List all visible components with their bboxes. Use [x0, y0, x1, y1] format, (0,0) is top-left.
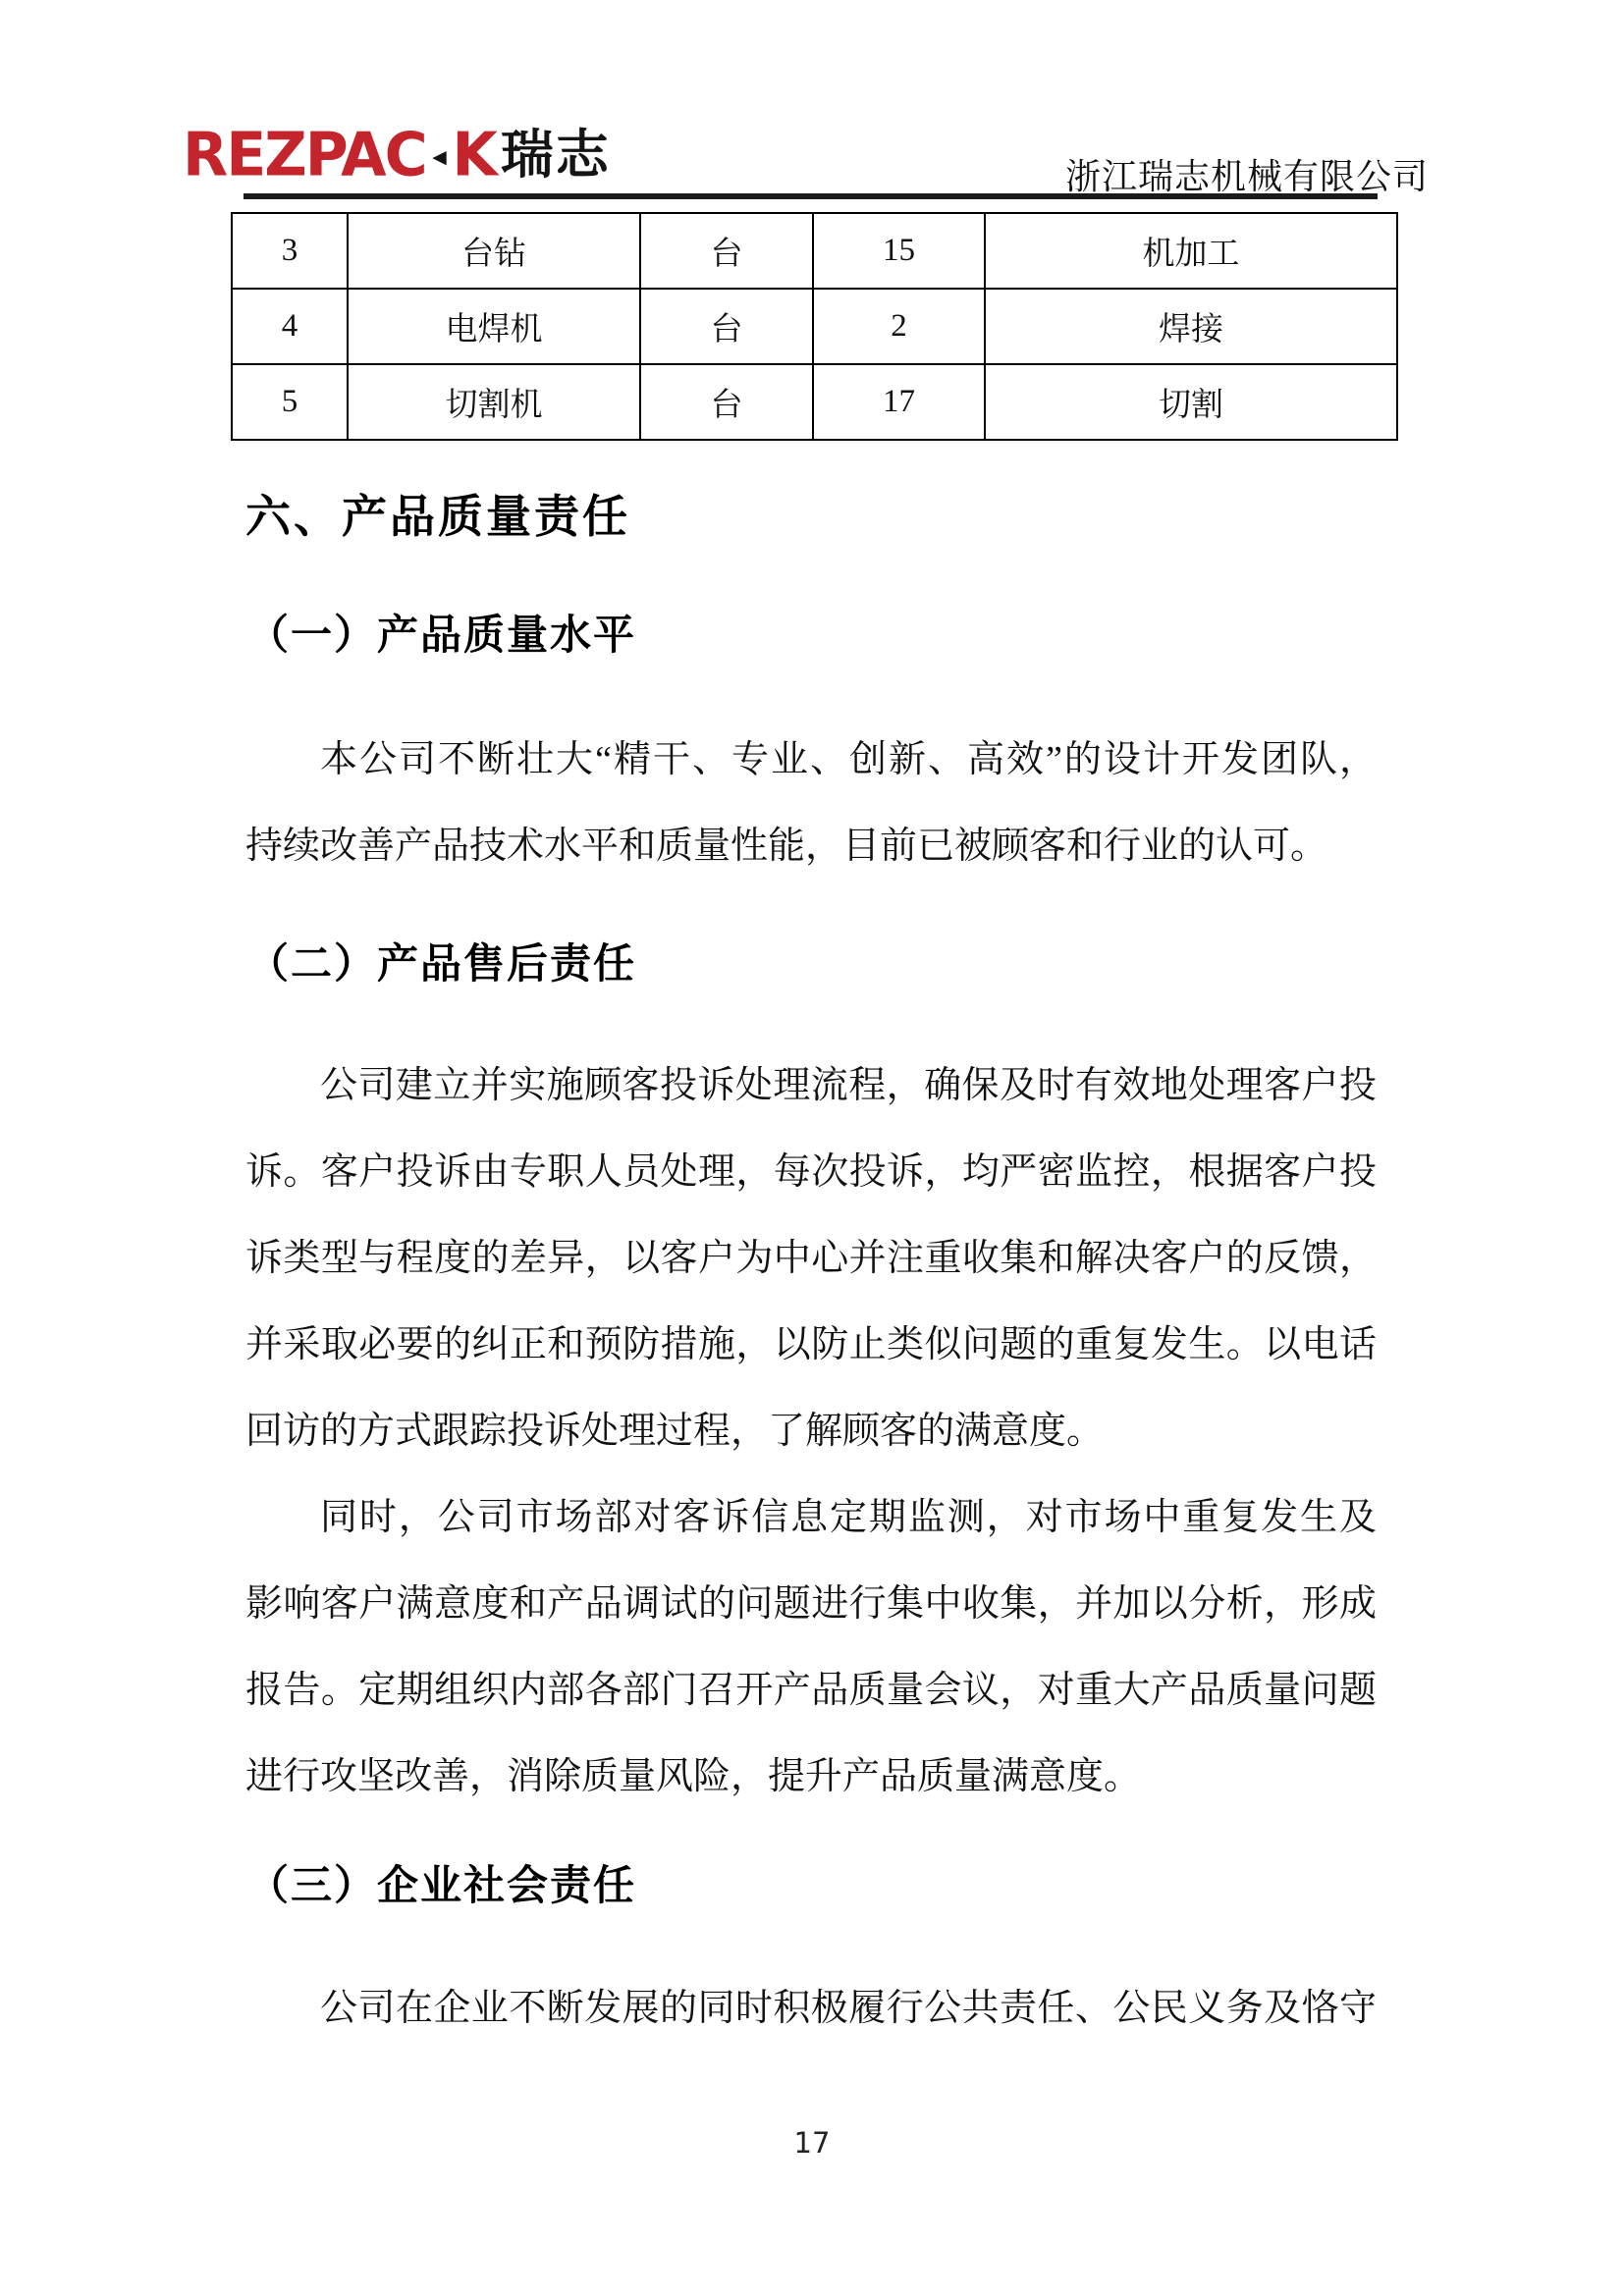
section-heading-quality-responsibility: 六、产品质量责任 [245, 491, 630, 543]
text-line: 持续改善产品技术水平和质量性能，目前已被顾客和行业的认可。 [245, 803, 1377, 889]
cell-purpose: 机加工 [985, 213, 1397, 289]
page-number: 17 [0, 2126, 1624, 2160]
logo-cjk-text: 瑞志 [501, 126, 611, 185]
document-page: REZPAC ◄ K 瑞志 浙江瑞志机械有限公司 3 台钻 台 15 机加工 4… [0, 0, 1624, 2296]
text-line: 影响客户满意度和产品调试的问题进行集中收集，并加以分析，形成 [245, 1561, 1377, 1647]
subsection-heading-quality-level: （一）产品质量水平 [247, 611, 636, 659]
text-line: 同时，公司市场部对客诉信息定期监测，对市场中重复发生及 [245, 1474, 1377, 1561]
header-rule [244, 193, 1378, 199]
paragraph-after-sales-2: 同时，公司市场部对客诉信息定期监测，对市场中重复发生及 影响客户满意度和产品调试… [245, 1474, 1377, 1820]
cell-unit: 台 [640, 289, 813, 364]
text-line: 公司建立并实施顾客投诉处理流程，确保及时有效地处理客户投 [245, 1042, 1377, 1129]
cell-no: 5 [232, 364, 348, 440]
cell-purpose: 焊接 [985, 289, 1397, 364]
paragraph-social-responsibility: 公司在企业不断发展的同时积极履行公共责任、公民义务及恪守 [245, 1965, 1377, 2052]
cell-unit: 台 [640, 364, 813, 440]
cell-name: 电焊机 [348, 289, 640, 364]
subsection-heading-social-responsibility: （三）企业社会责任 [247, 1861, 636, 1909]
table-row: 5 切割机 台 17 切割 [232, 364, 1397, 440]
cell-unit: 台 [640, 213, 813, 289]
logo-latin-text: REZPAC [183, 125, 426, 185]
text-line: 并采取必要的纠正和预防措施，以防止类似问题的重复发生。以电话 [245, 1302, 1377, 1388]
paragraph-after-sales-1: 公司建立并实施顾客投诉处理流程，确保及时有效地处理客户投 诉。客户投诉由专职人员… [245, 1042, 1377, 1474]
cell-qty: 15 [813, 213, 985, 289]
text-line: 诉。客户投诉由专职人员处理，每次投诉，均严密监控，根据客户投 [245, 1129, 1377, 1215]
cell-purpose: 切割 [985, 364, 1397, 440]
cell-no: 3 [232, 213, 348, 289]
cell-no: 4 [232, 289, 348, 364]
text-line: 本公司不断壮大“精干、专业、创新、高效”的设计开发团队， [245, 717, 1377, 803]
subsection-heading-after-sales: （二）产品售后责任 [247, 939, 636, 988]
text-line: 公司在企业不断发展的同时积极履行公共责任、公民义务及恪守 [245, 1965, 1377, 2052]
logo-arrow-icon: ◄ [428, 145, 452, 172]
logo-latin-k: K [452, 125, 496, 185]
text-line: 诉类型与程度的差异，以客户为中心并注重收集和解决客户的反馈， [245, 1215, 1377, 1302]
header-company-name: 浙江瑞志机械有限公司 [1065, 149, 1429, 199]
paragraph-quality-level: 本公司不断壮大“精干、专业、创新、高效”的设计开发团队， 持续改善产品技术水平和… [245, 717, 1377, 889]
text-line: 进行攻坚改善，消除质量风险，提升产品质量满意度。 [245, 1734, 1377, 1820]
cell-name: 切割机 [348, 364, 640, 440]
cell-qty: 17 [813, 364, 985, 440]
cell-qty: 2 [813, 289, 985, 364]
text-line: 报告。定期组织内部各部门召开产品质量会议，对重大产品质量问题 [245, 1647, 1377, 1734]
table-row: 3 台钻 台 15 机加工 [232, 213, 1397, 289]
text-line: 回访的方式跟踪投诉处理过程，了解顾客的满意度。 [245, 1388, 1377, 1474]
company-logo: REZPAC ◄ K 瑞志 [183, 126, 611, 185]
cell-name: 台钻 [348, 213, 640, 289]
equipment-table: 3 台钻 台 15 机加工 4 电焊机 台 2 焊接 5 切割机 台 17 切割 [231, 212, 1398, 441]
table-row: 4 电焊机 台 2 焊接 [232, 289, 1397, 364]
